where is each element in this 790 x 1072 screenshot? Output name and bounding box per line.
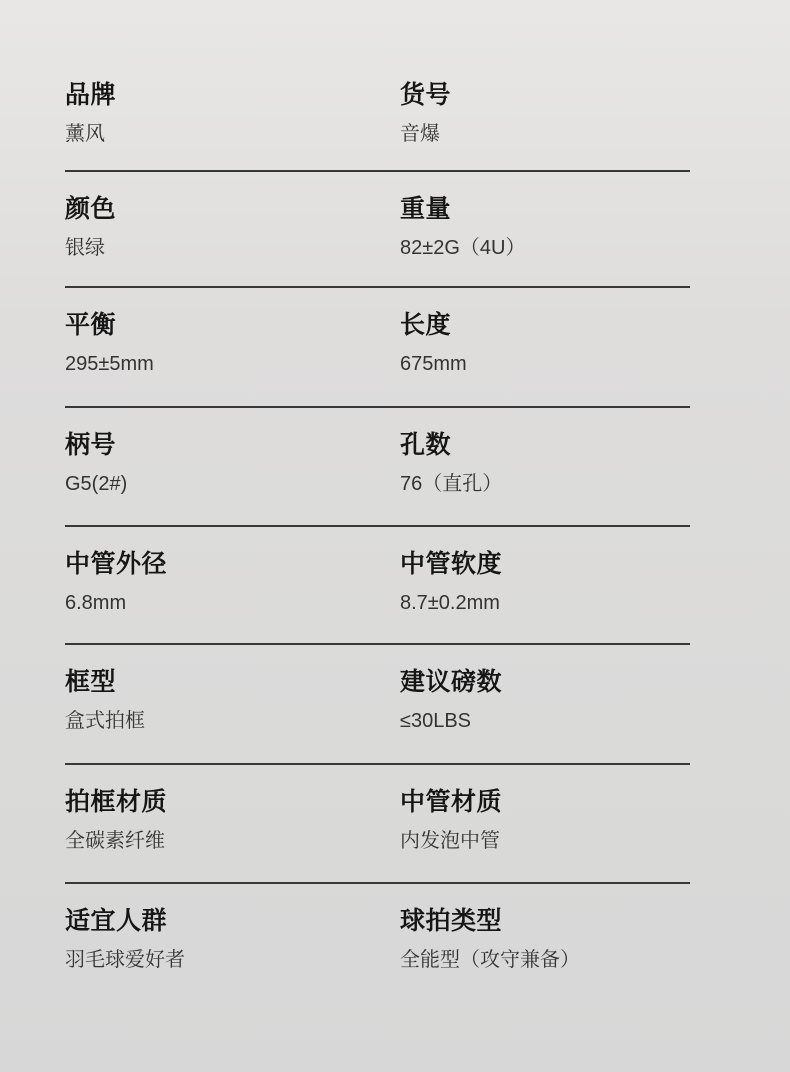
spec-value-length: 675mm (400, 351, 690, 377)
spec-row-materials: 拍框材质 全碳素纤维 中管材质 内发泡中管 (65, 765, 690, 884)
spec-cell-racket-type: 球拍类型 全能型（攻守兼备） (400, 884, 690, 992)
spec-label-length: 长度 (400, 311, 690, 339)
spec-value-shaft-material: 内发泡中管 (400, 828, 690, 854)
spec-value-shaft-diameter: 6.8mm (65, 590, 400, 616)
spec-cell-weight: 重量 82±2G（4U） (400, 172, 690, 286)
spec-label-color: 颜色 (65, 195, 400, 223)
spec-cell-balance: 平衡 295±5mm (65, 288, 400, 406)
spec-cell-shaft-diameter: 中管外径 6.8mm (65, 527, 400, 643)
spec-value-item-number: 音爆 (400, 121, 690, 147)
spec-cell-item-number: 货号 音爆 (400, 54, 690, 170)
spec-label-shaft-stiffness: 中管软度 (400, 550, 690, 578)
spec-row-color-weight: 颜色 银绿 重量 82±2G（4U） (65, 172, 690, 288)
spec-label-frame-type: 框型 (65, 668, 400, 696)
spec-value-grip-size: G5(2#) (65, 471, 400, 497)
spec-cell-color: 颜色 银绿 (65, 172, 400, 286)
spec-row-grip-holes: 柄号 G5(2#) 孔数 76（直孔） (65, 408, 690, 527)
spec-cell-hole-count: 孔数 76（直孔） (400, 408, 690, 525)
spec-value-hole-count: 76（直孔） (400, 471, 690, 497)
spec-value-frame-material: 全碳素纤维 (65, 828, 400, 854)
spec-value-weight: 82±2G（4U） (400, 235, 690, 261)
spec-row-frame-tension: 框型 盒式拍框 建议磅数 ≤30LBS (65, 645, 690, 765)
spec-label-frame-material: 拍框材质 (65, 788, 400, 816)
spec-row-users-type: 适宜人群 羽毛球爱好者 球拍类型 全能型（攻守兼备） (65, 884, 690, 992)
spec-cell-brand: 品牌 薰风 (65, 54, 400, 170)
spec-value-shaft-stiffness: 8.7±0.2mm (400, 590, 690, 616)
spec-label-racket-type: 球拍类型 (400, 907, 690, 935)
spec-row-balance-length: 平衡 295±5mm 长度 675mm (65, 288, 690, 408)
spec-cell-frame-type: 框型 盒式拍框 (65, 645, 400, 763)
spec-label-grip-size: 柄号 (65, 431, 400, 459)
spec-row-shaft-diameter-stiffness: 中管外径 6.8mm 中管软度 8.7±0.2mm (65, 527, 690, 645)
spec-label-recommended-tension: 建议磅数 (400, 668, 690, 696)
spec-label-balance: 平衡 (65, 311, 400, 339)
spec-value-brand: 薰风 (65, 121, 400, 147)
spec-label-shaft-diameter: 中管外径 (65, 550, 400, 578)
spec-row-brand-itemno: 品牌 薰风 货号 音爆 (65, 54, 690, 172)
spec-label-suitable-users: 适宜人群 (65, 907, 400, 935)
spec-value-frame-type: 盒式拍框 (65, 708, 400, 734)
spec-label-brand: 品牌 (65, 81, 400, 109)
spec-cell-length: 长度 675mm (400, 288, 690, 406)
product-spec-table: 品牌 薰风 货号 音爆 颜色 银绿 重量 82±2G（4U） 平衡 295±5m… (65, 54, 690, 992)
spec-value-recommended-tension: ≤30LBS (400, 708, 690, 734)
spec-cell-shaft-material: 中管材质 内发泡中管 (400, 765, 690, 882)
spec-cell-recommended-tension: 建议磅数 ≤30LBS (400, 645, 690, 763)
spec-label-weight: 重量 (400, 195, 690, 223)
spec-cell-shaft-stiffness: 中管软度 8.7±0.2mm (400, 527, 690, 643)
spec-value-balance: 295±5mm (65, 351, 400, 377)
spec-value-racket-type: 全能型（攻守兼备） (400, 947, 690, 973)
spec-value-color: 银绿 (65, 235, 400, 261)
spec-label-hole-count: 孔数 (400, 431, 690, 459)
spec-cell-suitable-users: 适宜人群 羽毛球爱好者 (65, 884, 400, 992)
spec-cell-frame-material: 拍框材质 全碳素纤维 (65, 765, 400, 882)
spec-label-shaft-material: 中管材质 (400, 788, 690, 816)
spec-cell-grip-size: 柄号 G5(2#) (65, 408, 400, 525)
spec-value-suitable-users: 羽毛球爱好者 (65, 947, 400, 973)
spec-label-item-number: 货号 (400, 81, 690, 109)
